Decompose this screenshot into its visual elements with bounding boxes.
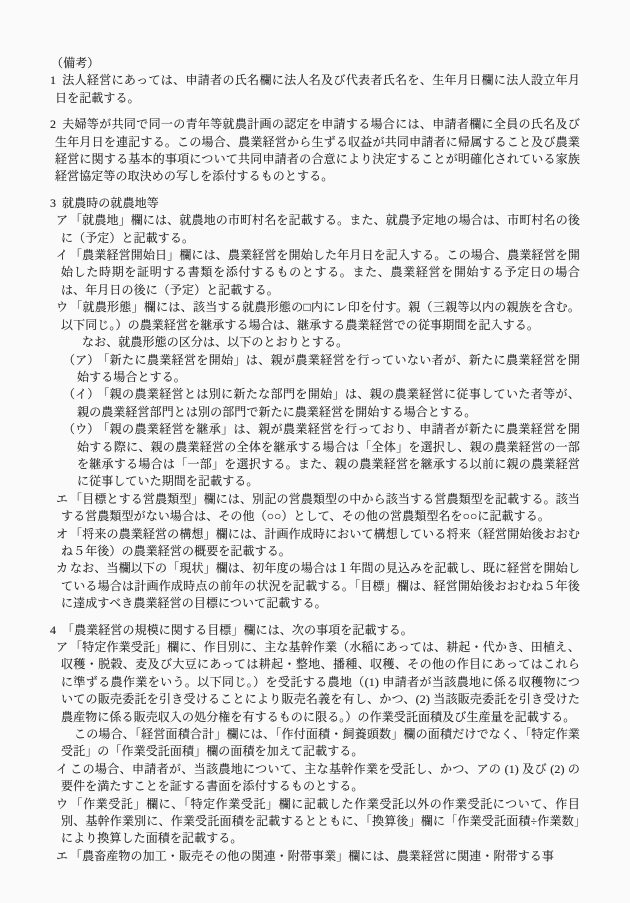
item-label: ア	[56, 639, 70, 656]
note-paragraph: ウ「就農形態」欄には、該当する就農形態の□内にレ印を付す。親（三親等以内の親族を…	[50, 299, 580, 334]
note-paragraph: 3就農時の就農地等	[50, 195, 580, 212]
item-text: 「目標とする営農類型」欄には、別記の営農類型の中から該当する営農類型を記載する。…	[61, 492, 580, 523]
item-label: エ	[56, 848, 70, 865]
item-label: 1	[50, 72, 62, 89]
item-label: （ア）	[63, 352, 97, 369]
item-label: 2	[50, 116, 62, 133]
document-page: （備考） 1法人経営にあっては、申請者の氏名欄に法人名及び代表者氏名を、生年月日…	[0, 0, 630, 903]
item-text: 「作業受託」欄に、「特定作業受託」欄に記載した作業受託以外の作業受託について、作…	[61, 797, 580, 846]
item-text: 「農業経営開始日」欄には、農業経営を開始した年月日を記入する。この場合、農業経営…	[61, 248, 580, 297]
item-label: （ウ）	[63, 421, 97, 438]
note-paragraph: 4「農業経営の規模に関する目標」欄には、次の事項を記載する。	[50, 622, 580, 639]
item-label: カ	[56, 560, 70, 577]
note-paragraph: イこの場合、申請者が、当該農地について、主な基幹作業を受託し、かつ、アの (1)…	[50, 761, 580, 796]
note-paragraph: ア「就農地」欄には、就農地の市町村名を記載する。また、就農予定地の場合は、市町村…	[50, 212, 580, 247]
note-paragraph: エ「農畜産物の加工・販売その他の関連・附帯事業」欄には、農業経営に関連・附帯する…	[50, 848, 580, 865]
item-label: イ	[56, 761, 70, 778]
item-text: 「親の農業経営とは別に新たな部門を開始」は、親の農業経営に従事していた者等が、親…	[77, 387, 580, 418]
note-paragraph: （イ）「親の農業経営とは別に新たな部門を開始」は、親の農業経営に従事していた者等…	[50, 386, 580, 421]
item-text: 夫婦等が共同で同一の青年等就農計画の認定を申請する場合には、申請者欄に全員の氏名…	[55, 117, 580, 183]
item-text: 「新たに農業経営を開始」は、親が農業経営を行っていない者が、新たに農業経営を開始…	[77, 353, 580, 384]
item-label: イ	[56, 247, 70, 264]
item-text: 「特定作業受託」欄に、作目別に、主な基幹作業（水稲にあっては、耕起・代かき、田植…	[61, 640, 580, 724]
item-label: 4	[50, 622, 62, 639]
item-label: ア	[56, 212, 70, 229]
note-paragraph: 1法人経営にあっては、申請者の氏名欄に法人名及び代表者氏名を、生年月日欄に法人設…	[50, 72, 580, 107]
note-paragraph: イ「農業経営開始日」欄には、農業経営を開始した年月日を記入する。この場合、農業経…	[50, 247, 580, 299]
item-text: 「親の農業経営を継承」は、親が農業経営を行っており、申請者が新たに農業経営を開始…	[77, 422, 580, 488]
note-paragraph: この場合、「経営面積合計」欄には、「作付面積・飼養頭数」欄の面積だけでなく、「特…	[50, 726, 580, 761]
item-label: （イ）	[63, 386, 97, 403]
item-text: 「農畜産物の加工・販売その他の関連・附帯事業」欄には、農業経営に関連・附帯する事	[70, 849, 554, 863]
item-text: 「就農形態」欄には、該当する就農形態の□内にレ印を付す。親（三親等以内の親族を含…	[61, 300, 580, 331]
item-text: なお、当欄以下の「現状」欄は、初年度の場合は１年間の見込みを記載し、既に経営を開…	[61, 561, 580, 610]
item-label: エ	[56, 491, 70, 508]
note-paragraph: （ア）「新たに農業経営を開始」は、親が農業経営を行っていない者が、新たに農業経営…	[50, 352, 580, 387]
item-label: オ	[56, 526, 70, 543]
note-paragraph: オ「将来の農業経営の構想」欄には、計画作成時において構想している将来（経営開始後…	[50, 526, 580, 561]
item-label: ウ	[56, 299, 70, 316]
item-text: 法人経営にあっては、申請者の氏名欄に法人名及び代表者氏名を、生年月日欄に法人設立…	[55, 73, 580, 104]
item-text: 「就農地」欄には、就農地の市町村名を記載する。また、就農予定地の場合は、市町村名…	[61, 213, 580, 244]
note-paragraph: なお、就農形態の区分は、以下のとおりとする。	[50, 334, 580, 351]
notes-header: （備考）	[50, 55, 580, 72]
paragraph-list: 1法人経営にあっては、申請者の氏名欄に法人名及び代表者氏名を、生年月日欄に法人設…	[50, 72, 580, 865]
item-text: この場合、申請者が、当該農地について、主な基幹作業を受託し、かつ、アの (1) …	[61, 762, 580, 793]
note-paragraph: エ「目標とする営農類型」欄には、別記の営農類型の中から該当する営農類型を記載する…	[50, 491, 580, 526]
item-text: なお、就農形態の区分は、以下のとおりとする。	[82, 335, 348, 349]
item-label: 3	[50, 195, 62, 212]
note-paragraph: （ウ）「親の農業経営を継承」は、親が農業経営を行っており、申請者が新たに農業経営…	[50, 421, 580, 491]
note-paragraph: ア「特定作業受託」欄に、作目別に、主な基幹作業（水稲にあっては、耕起・代かき、田…	[50, 639, 580, 726]
note-paragraph: カなお、当欄以下の「現状」欄は、初年度の場合は１年間の見込みを記載し、既に経営を…	[50, 560, 580, 612]
item-label: ウ	[56, 796, 70, 813]
item-text: 「農業経営の規模に関する目標」欄には、次の事項を記載する。	[62, 623, 413, 637]
note-paragraph: ウ「作業受託」欄に、「特定作業受託」欄に記載した作業受託以外の作業受託について、…	[50, 796, 580, 848]
item-text: この場合、「経営面積合計」欄には、「作付面積・飼養頭数」欄の面積だけでなく、「特…	[61, 727, 580, 758]
item-text: 就農時の就農地等	[62, 196, 159, 210]
item-text: 「将来の農業経営の構想」欄には、計画作成時において構想している将来（経営開始後お…	[61, 527, 580, 558]
note-paragraph: 2夫婦等が共同で同一の青年等就農計画の認定を申請する場合には、申請者欄に全員の氏…	[50, 116, 580, 186]
